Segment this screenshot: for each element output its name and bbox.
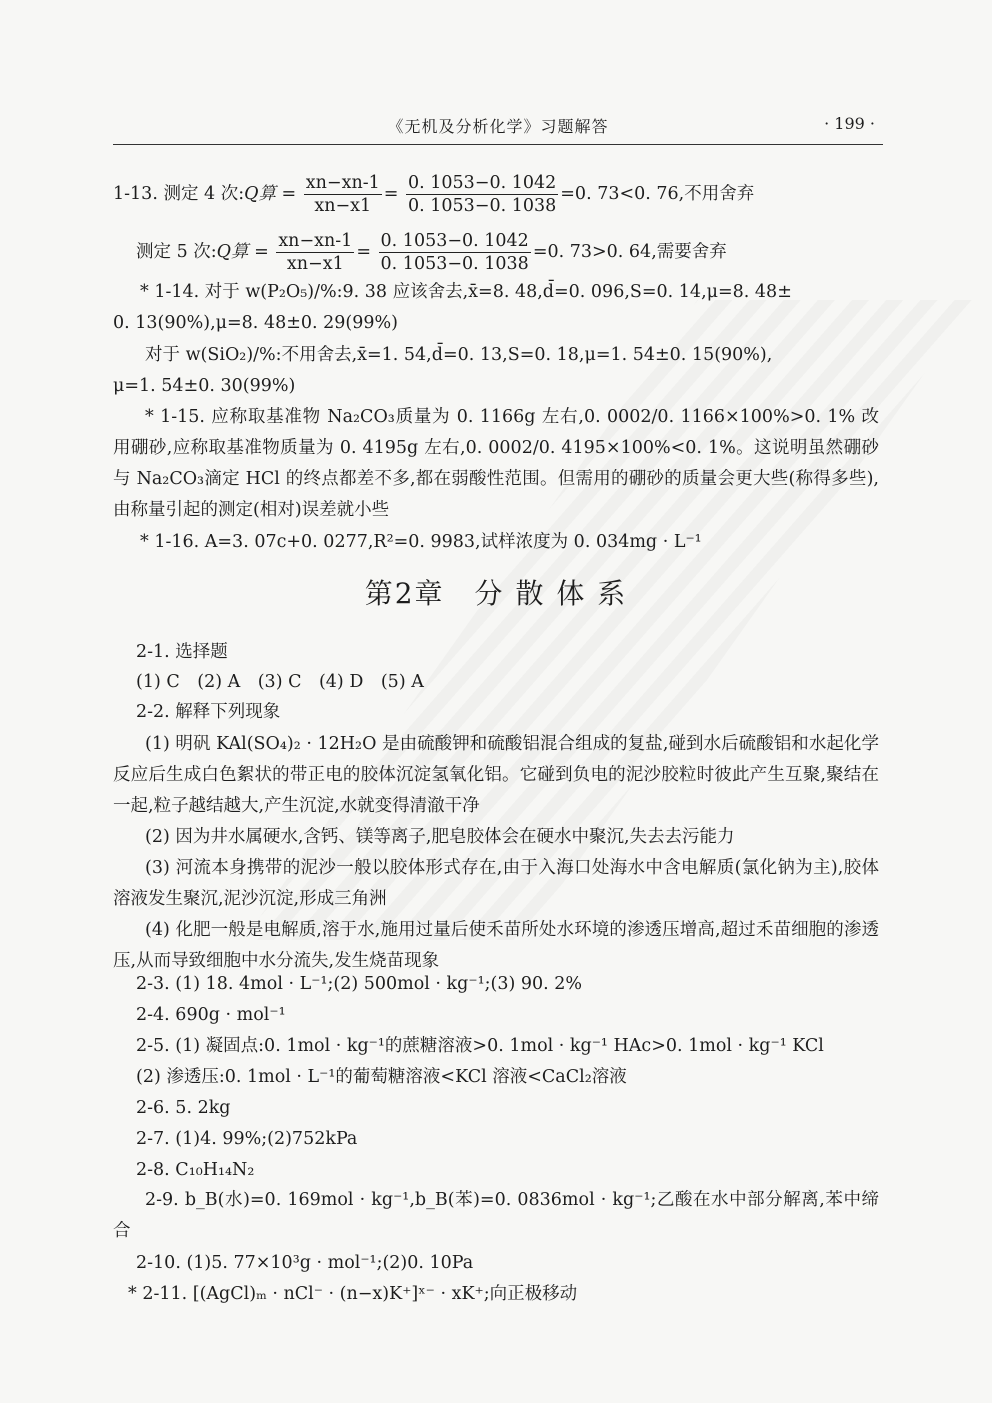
answer-2-4: 2-4. 690g · mol⁻¹ bbox=[136, 1003, 286, 1027]
answer-2-2-1: (1) 明矾 KAl(SO₄)₂ · 12H₂O 是由硫酸钾和硫酸铝混合组成的复… bbox=[113, 729, 879, 822]
numerator: xn−xn-1 bbox=[304, 172, 382, 195]
result-text: =0. 73<0. 76,不用舍弃 bbox=[560, 184, 754, 204]
fraction-formula: xn−xn-1xn−x1 bbox=[276, 230, 354, 275]
denominator: 0. 1053−0. 1038 bbox=[406, 195, 558, 217]
answer-1-14-line1: * 1-14. 对于 w(P₂O₅)/%:9. 38 应该舍去,x̄=8. 48… bbox=[140, 280, 792, 304]
answer-2-1: 2-1. 选择题 bbox=[136, 640, 228, 664]
denominator: xn−x1 bbox=[276, 253, 354, 275]
result-text: =0. 73>0. 64,需要舍弃 bbox=[533, 242, 727, 262]
numerator: 0. 1053−0. 1042 bbox=[406, 172, 558, 195]
answer-label: 测定 5 次: bbox=[136, 242, 217, 262]
answer-2-2-2: (2) 因为井水属硬水,含钙、镁等离子,肥皂胶体会在硬水中聚沉,失去去污能力 bbox=[113, 822, 879, 853]
answer-2-1-choices: (1) C (2) A (3) C (4) D (5) A bbox=[136, 670, 424, 694]
answer-1-16: * 1-16. A=3. 07c+0. 0277,R²=0. 9983,试样浓度… bbox=[140, 530, 702, 554]
denominator: 0. 1053−0. 1038 bbox=[379, 253, 531, 275]
fraction-values: 0. 1053−0. 10420. 1053−0. 1038 bbox=[406, 172, 558, 217]
numerator: xn−xn-1 bbox=[276, 230, 354, 253]
answer-2-6: 2-6. 5. 2kg bbox=[136, 1096, 231, 1120]
answer-2-10: 2-10. (1)5. 77×10³g · mol⁻¹;(2)0. 10Pa bbox=[136, 1251, 473, 1275]
answer-2-11: * 2-11. [(AgCl)ₘ · nCl⁻ · (n−x)K⁺]ˣ⁻ · x… bbox=[128, 1282, 577, 1306]
answer-2-2-3: (3) 河流本身携带的泥沙一般以胶体形式存在,由于入海口处海水中含电解质(氯化钠… bbox=[113, 853, 879, 915]
answer-2-7: 2-7. (1)4. 99%;(2)752kPa bbox=[136, 1127, 357, 1151]
answer-2-2: 2-2. 解释下列现象 bbox=[136, 700, 280, 724]
answer-2-3: 2-3. (1) 18. 4mol · L⁻¹;(2) 500mol · kg⁻… bbox=[136, 972, 582, 996]
answer-1-15: * 1-15. 应称取基准物 Na₂CO₃质量为 0. 1166g 左右,0. … bbox=[113, 402, 879, 526]
fraction-values: 0. 1053−0. 10420. 1053−0. 1038 bbox=[379, 230, 531, 275]
answer-2-5-1: 2-5. (1) 凝固点:0. 1mol · kg⁻¹的蔗糖溶液>0. 1mol… bbox=[136, 1034, 824, 1058]
answer-2-5-2: (2) 渗透压:0. 1mol · L⁻¹的葡萄糖溶液<KCl 溶液<CaCl₂… bbox=[136, 1065, 627, 1089]
answer-1-14-line2: 0. 13(90%),μ=8. 48±0. 29(99%) bbox=[113, 311, 398, 335]
numerator: 0. 1053−0. 1042 bbox=[379, 230, 531, 253]
answer-1-13-line1: 1-13. 测定 4 次:Q算 = xn−xn-1xn−x1= 0. 1053−… bbox=[113, 172, 754, 217]
answer-1-13-line2: 测定 5 次:Q算 = xn−xn-1xn−x1= 0. 1053−0. 104… bbox=[136, 230, 727, 275]
fraction-formula: xn−xn-1xn−x1 bbox=[304, 172, 382, 217]
q-symbol: Q算 bbox=[217, 242, 249, 262]
running-title: 《无机及分析化学》习题解答 bbox=[113, 114, 883, 137]
answer-label: 1-13. 测定 4 次: bbox=[113, 184, 244, 204]
answer-2-8: 2-8. C₁₀H₁₄N₂ bbox=[136, 1158, 254, 1182]
q-symbol: Q算 bbox=[244, 184, 276, 204]
page-number: · 199 · bbox=[824, 114, 875, 133]
page-header: 《无机及分析化学》习题解答 · 199 · bbox=[113, 110, 883, 145]
denominator: xn−x1 bbox=[304, 195, 382, 217]
chapter-title: 第2章 分 散 体 系 bbox=[0, 572, 992, 612]
answer-2-9: 2-9. b_B(水)=0. 169mol · kg⁻¹,b_B(苯)=0. 0… bbox=[113, 1185, 879, 1247]
answer-2-2-4: (4) 化肥一般是电解质,溶于水,施用过量后使禾苗所处水环境的渗透压增高,超过禾… bbox=[113, 915, 879, 977]
answer-1-14-line4: μ=1. 54±0. 30(99%) bbox=[113, 374, 295, 398]
answer-1-14-line3: 对于 w(SiO₂)/%:不用舍去,x̄=1. 54,d̄=0. 13,S=0.… bbox=[145, 343, 772, 367]
